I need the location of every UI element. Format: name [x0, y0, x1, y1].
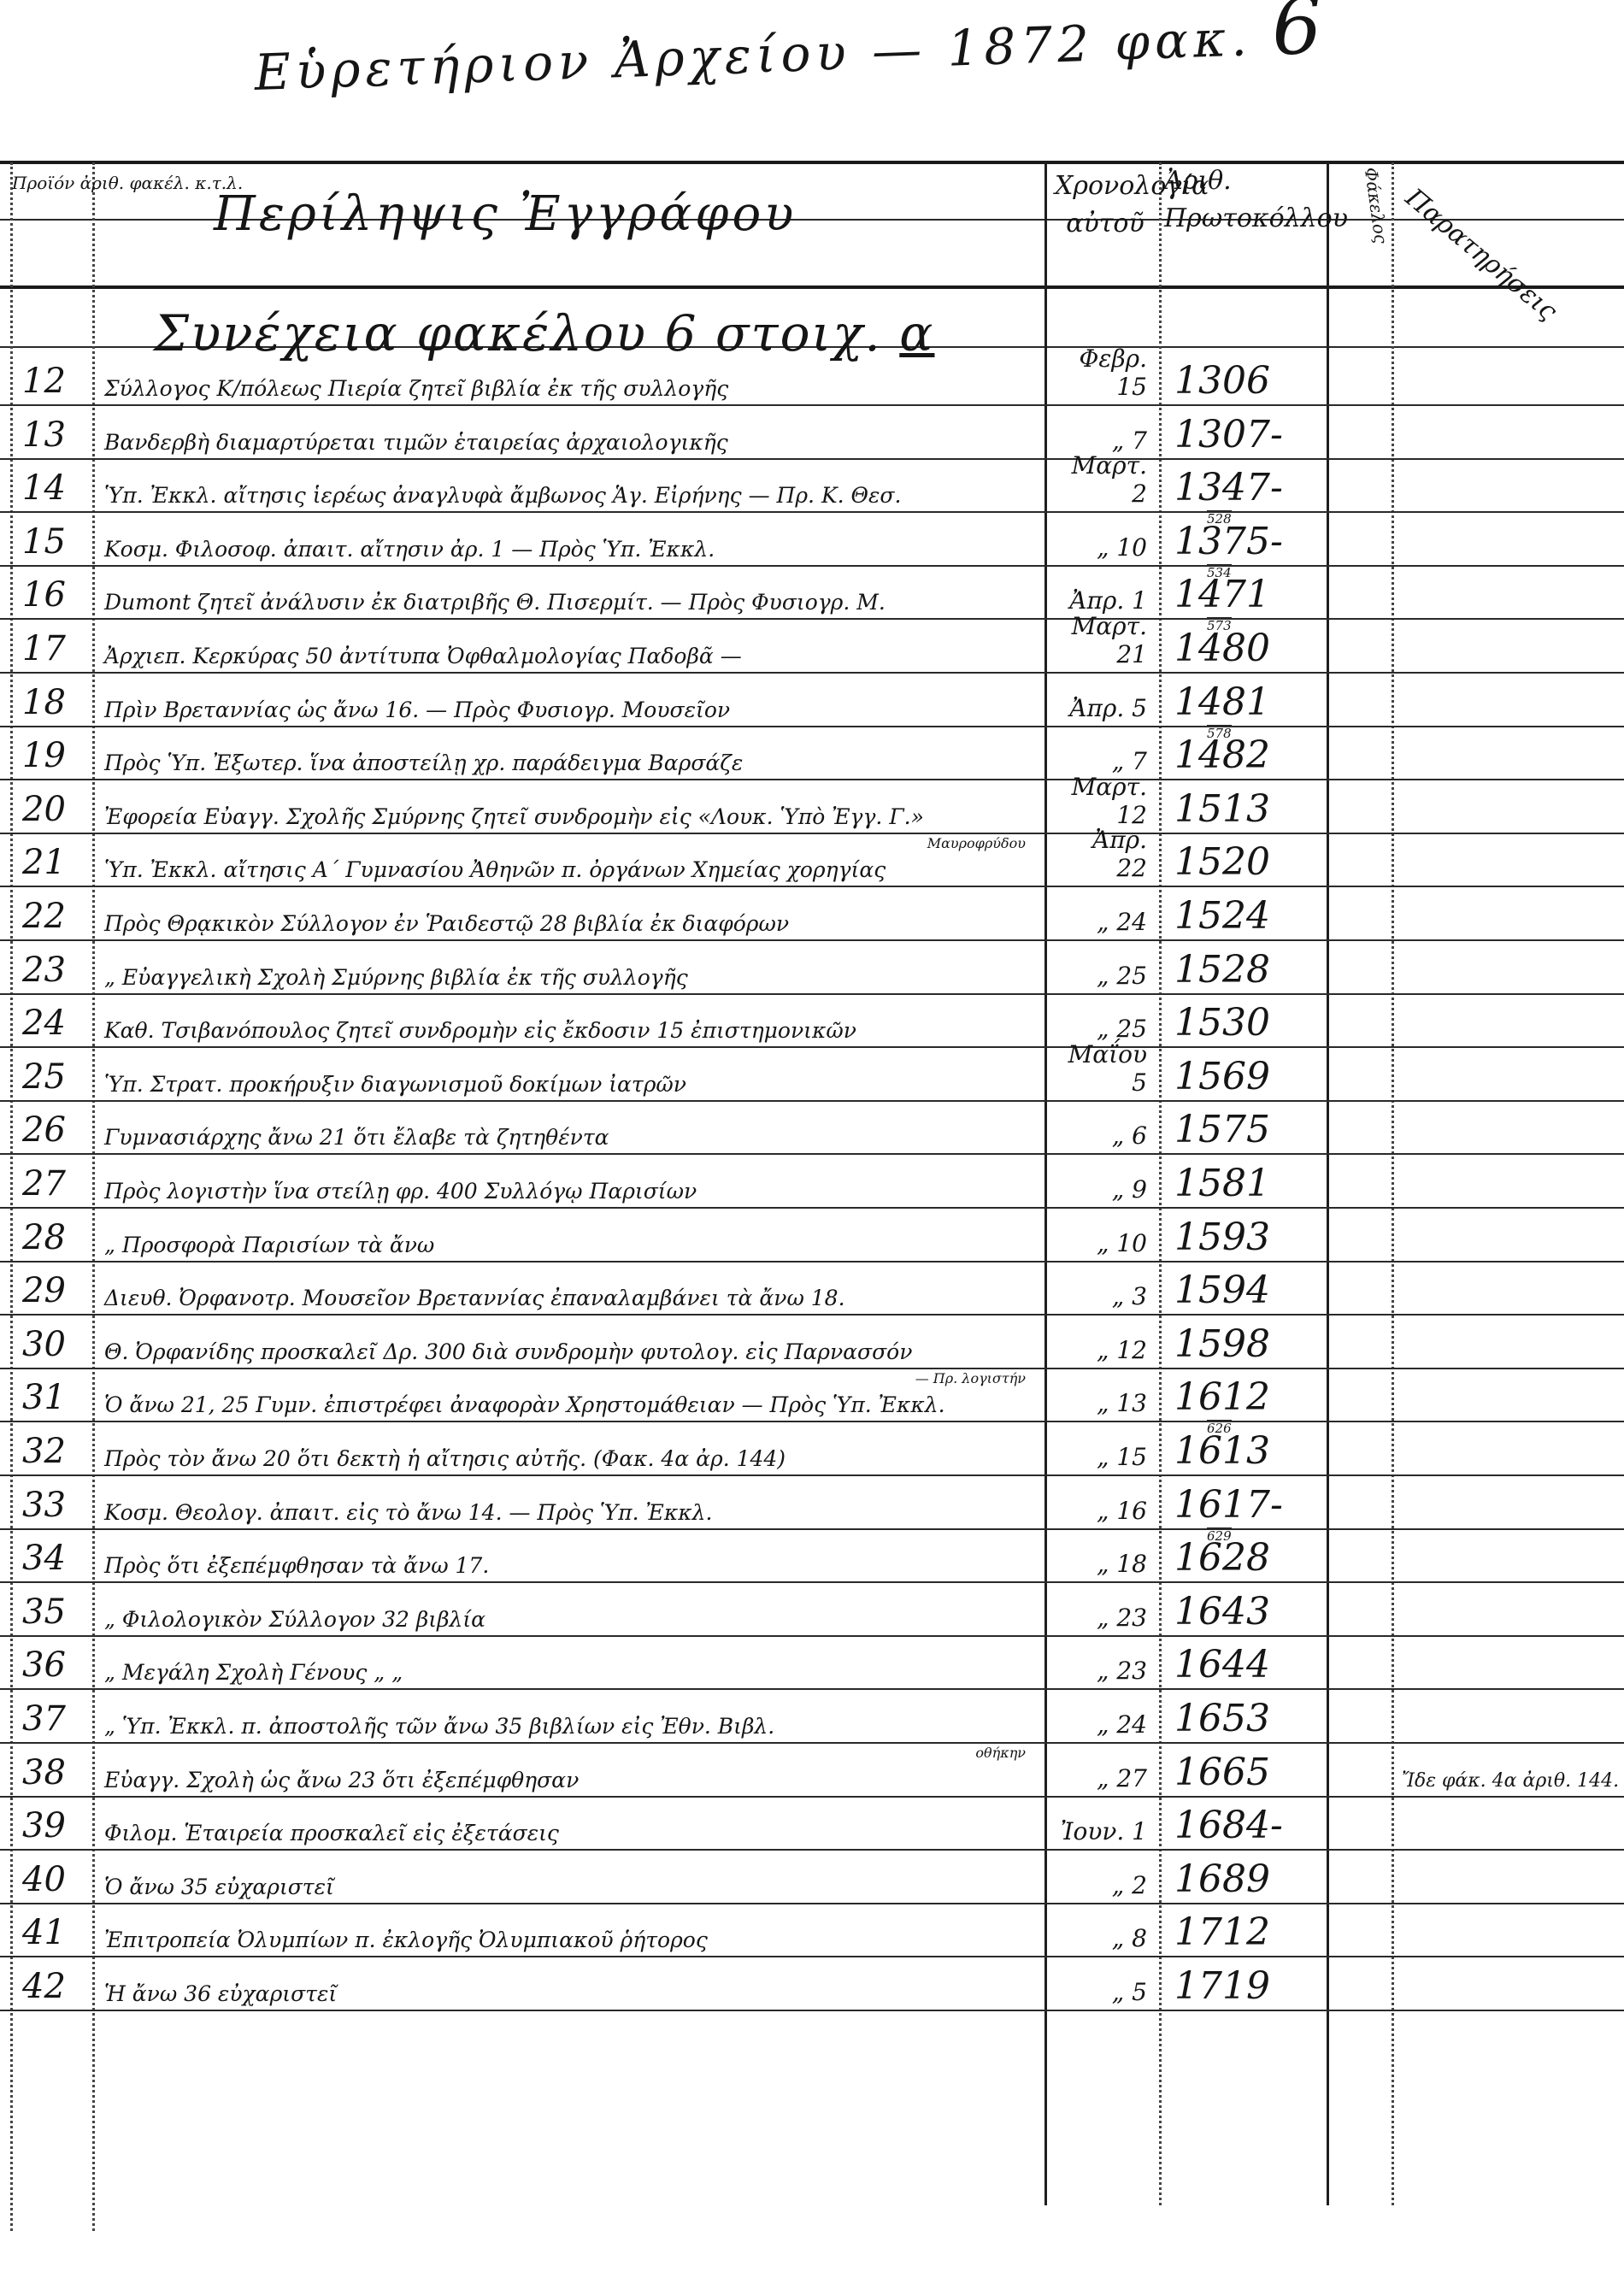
entry-date: „ 7	[1055, 427, 1156, 455]
entry-description: Ἐπιτροπεία Ὀλυμπίων π. ἐκλογῆς Ὀλυμπιακο…	[104, 1928, 1044, 1952]
protocol-number: 1684-	[1174, 1804, 1283, 1847]
protocol-number: 1594	[1174, 1268, 1270, 1312]
entry-date: Ἀπρ. 1	[1055, 586, 1156, 615]
entry-date: „ 10	[1055, 1229, 1156, 1257]
entry-date: Μαΐου 5	[1055, 1040, 1156, 1097]
entry-number: 35	[22, 1592, 66, 1632]
entry-number: 16	[22, 575, 66, 615]
entry-number: 40	[22, 1860, 66, 1899]
table-row: 20Ἐφορεία Εὐαγγ. Σχολῆς Σμύρνης ζητεῖ συ…	[0, 780, 1624, 833]
protocol-number: 1481	[1174, 680, 1270, 724]
table-row: 38Εὐαγγ. Σχολὴ ὡς ἄνω 23 ὅτι ἐξεπέμφθησα…	[0, 1743, 1624, 1796]
entry-description: Πρὶν Βρεταννίας ὡς ἄνω 16. — Πρὸς Φυσιογ…	[104, 697, 1044, 722]
table-row: 41Ἐπιτροπεία Ὀλυμπίων π. ἐκλογῆς Ὀλυμπια…	[0, 1903, 1624, 1956]
protocol-number: 1643	[1174, 1590, 1270, 1633]
table-row: 27Πρὸς λογιστὴν ἵνα στείλῃ φρ. 400 Συλλό…	[0, 1154, 1624, 1207]
protocol-number: 1575	[1174, 1108, 1270, 1151]
entry-number: 20	[22, 790, 66, 829]
entry-description: Πρὸς ὅτι ἐξεπέμφθησαν τὰ ἄνω 17.	[104, 1553, 1044, 1578]
entry-number: 23	[22, 951, 66, 990]
entry-date: Μαρτ. 21	[1055, 612, 1156, 668]
protocol-number: 1613	[1174, 1429, 1270, 1473]
entry-date: „ 3	[1055, 1282, 1156, 1310]
entry-date: Ἰουν. 1	[1055, 1817, 1156, 1845]
entry-date: „ 25	[1055, 962, 1156, 990]
table-row: 29Διευθ. Ὀρφανοτρ. Μουσεῖον Βρεταννίας ἐ…	[0, 1261, 1624, 1314]
entry-description: „ Ὑπ. Ἐκκλ. π. ἀποστολῆς τῶν ἄνω 35 βιβλ…	[104, 1714, 1044, 1739]
table-row: 24Καθ. Τσιβανόπουλος ζητεῖ συνδρομὴν εἰς…	[0, 993, 1624, 1046]
table-row: 40Ὁ ἄνω 35 εὐχαριστεῖ„ 21689	[0, 1850, 1624, 1903]
protocol-number: 1530	[1174, 1001, 1270, 1045]
table-row: 34Πρὸς ὅτι ἐξεπέμφθησαν τὰ ἄνω 17.„ 1816…	[0, 1528, 1624, 1581]
entry-note: Ἴδε φάκ. 4α ἀριθ. 144.	[1402, 1769, 1619, 1794]
entry-date: „ 10	[1055, 533, 1156, 562]
entry-number: 31	[22, 1378, 66, 1417]
table-row: 16Dumont ζητεῖ ἀνάλυσιν ἐκ διατριβῆς Θ. …	[0, 565, 1624, 618]
entry-description: Φιλομ. Ἑταιρεία προσκαλεῖ εἰς ἐξετάσεις	[104, 1821, 1044, 1845]
entry-date: „ 25	[1055, 1015, 1156, 1043]
entry-description: Σύλλογος Κ/πόλεως Πιερία ζητεῖ βιβλία ἐκ…	[104, 376, 1044, 401]
entry-number: 30	[22, 1325, 66, 1364]
entry-description: „ Εὐαγγελικὴ Σχολὴ Σμύρνης βιβλία ἐκ τῆς…	[104, 965, 1044, 990]
entry-date: „ 8	[1055, 1924, 1156, 1952]
table-row: 22Πρὸς Θρᾳκικὸν Σύλλογον ἐν Ῥαιδεστῷ 28 …	[0, 886, 1624, 939]
entry-description: Κοσμ. Θεολογ. ἀπαιτ. εἰς τὸ ἄνω 14. — Πρ…	[104, 1500, 1044, 1525]
protocol-number: 1524	[1174, 894, 1270, 938]
entry-date: Μαρτ. 2	[1055, 451, 1156, 508]
entry-number: 38	[22, 1753, 66, 1792]
entry-description: Ἡ ἄνω 36 εὐχαριστεῖ	[104, 1981, 1044, 2006]
protocol-number: 1653	[1174, 1697, 1270, 1740]
protocol-number: 1712	[1174, 1910, 1270, 1954]
table-row: 18Πρὶν Βρεταννίας ὡς ἄνω 16. — Πρὸς Φυσι…	[0, 673, 1624, 726]
protocol-number: 1528	[1174, 948, 1270, 992]
entry-description: Πρὸς Ὑπ. Ἐξωτερ. ἵνα ἀποστείλῃ χρ. παράδ…	[104, 750, 1044, 775]
entry-description: Πρὸς τὸν ἄνω 20 ὅτι δεκτὴ ἡ αἴτησις αὐτῆ…	[104, 1446, 1044, 1471]
table-row: 14Ὑπ. Ἐκκλ. αἴτησις ἱερέως ἀναγλυφὰ ἄμβω…	[0, 458, 1624, 511]
table-row: 26Γυμνασιάρχης ἄνω 21 ὅτι ἔλαβε τὰ ζητηθ…	[0, 1100, 1624, 1153]
table-row: 17Ἀρχιεπ. Κερκύρας 50 ἀντίτυπα Ὀφθαλμολο…	[0, 619, 1624, 672]
entry-number: 25	[22, 1057, 66, 1097]
entry-description: Γυμνασιάρχης ἄνω 21 ὅτι ἔλαβε τὰ ζητηθέν…	[104, 1125, 1044, 1150]
entry-number: 33	[22, 1486, 66, 1525]
entry-date: „ 23	[1055, 1657, 1156, 1685]
title-text: Εὑρετήριον Ἀρχείου — 1872 φακ.	[254, 9, 1253, 102]
table-row: 19Πρὸς Ὑπ. Ἐξωτερ. ἵνα ἀποστείλῃ χρ. παρ…	[0, 726, 1624, 779]
entry-number: 37	[22, 1699, 66, 1739]
entry-description: Διευθ. Ὀρφανοτρ. Μουσεῖον Βρεταννίας ἐπα…	[104, 1286, 1044, 1310]
protocol-number: 1644	[1174, 1643, 1270, 1686]
entry-number: 26	[22, 1110, 66, 1150]
protocol-number: 1347-	[1174, 466, 1283, 509]
protocol-number: 1471	[1174, 573, 1270, 616]
entry-date: „ 24	[1055, 1710, 1156, 1739]
entry-number: 36	[22, 1645, 66, 1685]
table-row: 25Ὑπ. Στρατ. προκήρυξιν διαγωνισμοῦ δοκί…	[0, 1047, 1624, 1100]
protocol-number: 1593	[1174, 1215, 1270, 1259]
entry-number: 21	[22, 843, 66, 882]
protocol-number: 1628	[1174, 1536, 1270, 1580]
entry-date: „ 7	[1055, 747, 1156, 775]
entry-description: „ Προσφορὰ Παρισίων τὰ ἄνω	[104, 1233, 1044, 1257]
ledger-page: Εὑρετήριον Ἀρχείου — 1872 φακ.6 Προϊόν ἀ…	[0, 0, 1624, 2272]
protocol-number: 1375-	[1174, 520, 1283, 563]
entry-number: 18	[22, 683, 66, 722]
protocol-number: 1306	[1174, 359, 1270, 403]
entry-description: Ἐφορεία Εὐαγγ. Σχολῆς Σμύρνης ζητεῖ συνδ…	[104, 804, 1044, 829]
entry-number: 13	[22, 415, 66, 455]
entry-description: Dumont ζητεῖ ἀνάλυσιν ἐκ διατριβῆς Θ. Πι…	[104, 590, 1044, 615]
table-row: 30Θ. Ὀρφανίδης προσκαλεῖ Δρ. 300 διὰ συν…	[0, 1315, 1624, 1368]
entry-number: 17	[22, 629, 66, 668]
protocol-number: 1581	[1174, 1162, 1270, 1205]
entry-date: „ 23	[1055, 1604, 1156, 1632]
entry-date: „ 18	[1055, 1550, 1156, 1578]
entry-date: „ 6	[1055, 1121, 1156, 1150]
header-summary: Περίληψις Ἐγγράφου	[214, 186, 797, 242]
entry-description: Ὑπ. Στρατ. προκήρυξιν διαγωνισμοῦ δοκίμω…	[104, 1072, 1044, 1097]
entry-number: 29	[22, 1271, 66, 1310]
entry-description: Κοσμ. Φιλοσοφ. ἀπαιτ. αἴτησιν ἀρ. 1 — Πρ…	[104, 537, 1044, 562]
protocol-number: 1482	[1174, 733, 1270, 777]
row-rule	[0, 2010, 1624, 2011]
entry-number: 34	[22, 1539, 66, 1578]
table-row: 31Ὁ ἄνω 21, 25 Γυμν. ἐπιστρέφει ἀναφορὰν…	[0, 1368, 1624, 1421]
entry-number: 15	[22, 522, 66, 562]
entry-date: Μαρτ. 12	[1055, 773, 1156, 829]
entry-date: „ 13	[1055, 1389, 1156, 1417]
entry-description: Εὐαγγ. Σχολὴ ὡς ἄνω 23 ὅτι ἐξεπέμφθησαν	[104, 1768, 1044, 1792]
protocol-number: 1612	[1174, 1375, 1270, 1419]
entry-number: 19	[22, 736, 66, 775]
protocol-number: 1719	[1174, 1964, 1270, 2008]
entry-number: 14	[22, 468, 66, 508]
entry-description: „ Φιλολογικὸν Σύλλογον 32 βιβλία	[104, 1607, 1044, 1632]
entry-description: Θ. Ὀρφανίδης προσκαλεῖ Δρ. 300 διὰ συνδρ…	[104, 1339, 1044, 1364]
entry-description: Ὁ ἄνω 35 εὐχαριστεῖ	[104, 1875, 1044, 1899]
entry-date: „ 24	[1055, 908, 1156, 936]
protocol-number: 1665	[1174, 1751, 1270, 1794]
entry-date: „ 12	[1055, 1336, 1156, 1364]
entry-number: 22	[22, 897, 66, 936]
protocol-number: 1520	[1174, 840, 1270, 884]
entry-number: 24	[22, 1004, 66, 1043]
protocol-number: 1598	[1174, 1322, 1270, 1366]
protocol-number: 1480	[1174, 627, 1270, 670]
entry-date: „ 16	[1055, 1497, 1156, 1525]
entry-description: Ἀρχιεπ. Κερκύρας 50 ἀντίτυπα Ὀφθαλμολογί…	[104, 644, 1044, 668]
protocol-number: 1513	[1174, 787, 1270, 831]
entry-date: „ 9	[1055, 1175, 1156, 1204]
header-protocol-number: Ἀριθ. Πρωτοκόλλου	[1164, 162, 1323, 238]
entry-number: 39	[22, 1806, 66, 1845]
entry-number: 12	[22, 362, 66, 401]
table-row: 37„ Ὑπ. Ἐκκλ. π. ἀποστολῆς τῶν ἄνω 35 βι…	[0, 1689, 1624, 1742]
entry-number: 41	[22, 1913, 66, 1952]
table-row: 42Ἡ ἄνω 36 εὐχαριστεῖ„ 51719	[0, 1957, 1624, 2010]
entry-date: „ 15	[1055, 1443, 1156, 1471]
table-row: 35„ Φιλολογικὸν Σύλλογον 32 βιβλία„ 2316…	[0, 1582, 1624, 1635]
table-row: 39Φιλομ. Ἑταιρεία προσκαλεῖ εἰς ἐξετάσει…	[0, 1796, 1624, 1849]
entry-description: Ὑπ. Ἐκκλ. αἴτησις ἱερέως ἀναγλυφὰ ἄμβωνο…	[104, 483, 1044, 508]
header-date: Χρονολογία αὐτοῦ	[1055, 168, 1156, 243]
header-entry-number: Προϊόν ἀριθ. φακέλ. κ.τ.λ.	[12, 168, 89, 198]
volume-number: 6	[1270, 0, 1328, 73]
table-row: 12Σύλλογος Κ/πόλεως Πιερία ζητεῖ βιβλία …	[0, 351, 1624, 404]
rule-header-bottom	[0, 285, 1624, 289]
header-folder: Φάκελος	[1330, 166, 1392, 249]
table-row: 32Πρὸς τὸν ἄνω 20 ὅτι δεκτὴ ἡ αἴτησις αὐ…	[0, 1421, 1624, 1474]
entry-number: 27	[22, 1164, 66, 1204]
protocol-number: 1569	[1174, 1055, 1270, 1098]
table-row: 13Βανδερβὴ διαμαρτύρεται τιμῶν ἑταιρείας…	[0, 405, 1624, 458]
entry-number: 42	[22, 1967, 66, 2006]
header-notes: Παρατηρήσεις	[1400, 183, 1563, 327]
entry-date: Ἀπρ. 5	[1055, 694, 1156, 722]
entry-number: 32	[22, 1432, 66, 1471]
entry-description: Πρὸς λογιστὴν ἵνα στείλῃ φρ. 400 Συλλόγῳ…	[104, 1179, 1044, 1204]
entry-description: Ὑπ. Ἐκκλ. αἴτησις Α΄ Γυμνασίου Ἀθηνῶν π.…	[104, 857, 1044, 882]
entry-date: Ἀπρ. 22	[1055, 826, 1156, 882]
table-row: 33Κοσμ. Θεολογ. ἀπαιτ. εἰς τὸ ἄνω 14. — …	[0, 1475, 1624, 1528]
table-row: 36„ Μεγάλη Σχολὴ Γένους „ „„ 231644	[0, 1635, 1624, 1688]
protocol-number: 1307-	[1174, 413, 1283, 456]
entry-date: „ 27	[1055, 1764, 1156, 1792]
protocol-number: 1617-	[1174, 1483, 1283, 1527]
entry-number: 28	[22, 1218, 66, 1257]
table-row: 28„ Προσφορὰ Παρισίων τὰ ἄνω„ 101593	[0, 1208, 1624, 1261]
entry-date: Φεβρ. 15	[1055, 344, 1156, 401]
entry-description: „ Μεγάλη Σχολὴ Γένους „ „	[104, 1660, 1044, 1685]
entry-description: Πρὸς Θρᾳκικὸν Σύλλογον ἐν Ῥαιδεστῷ 28 βι…	[104, 911, 1044, 936]
table-row: 21Ὑπ. Ἐκκλ. αἴτησις Α΄ Γυμνασίου Ἀθηνῶν …	[0, 833, 1624, 886]
protocol-number: 1689	[1174, 1857, 1270, 1901]
entry-description: Ὁ ἄνω 21, 25 Γυμν. ἐπιστρέφει ἀναφορὰν Χ…	[104, 1392, 1044, 1417]
entry-description: Καθ. Τσιβανόπουλος ζητεῖ συνδρομὴν εἰς ἔ…	[104, 1018, 1044, 1043]
entry-date: „ 5	[1055, 1978, 1156, 2006]
rule-top	[0, 161, 1624, 164]
table-row: 23„ Εὐαγγελικὴ Σχολὴ Σμύρνης βιβλία ἐκ τ…	[0, 940, 1624, 993]
page-title: Εὑρετήριον Ἀρχείου — 1872 φακ.6	[252, 0, 1452, 128]
entry-description: Βανδερβὴ διαμαρτύρεται τιμῶν ἑταιρείας ἀ…	[104, 430, 1044, 455]
table-row: 15Κοσμ. Φιλοσοφ. ἀπαιτ. αἴτησιν ἀρ. 1 — …	[0, 512, 1624, 565]
entry-date: „ 2	[1055, 1871, 1156, 1899]
